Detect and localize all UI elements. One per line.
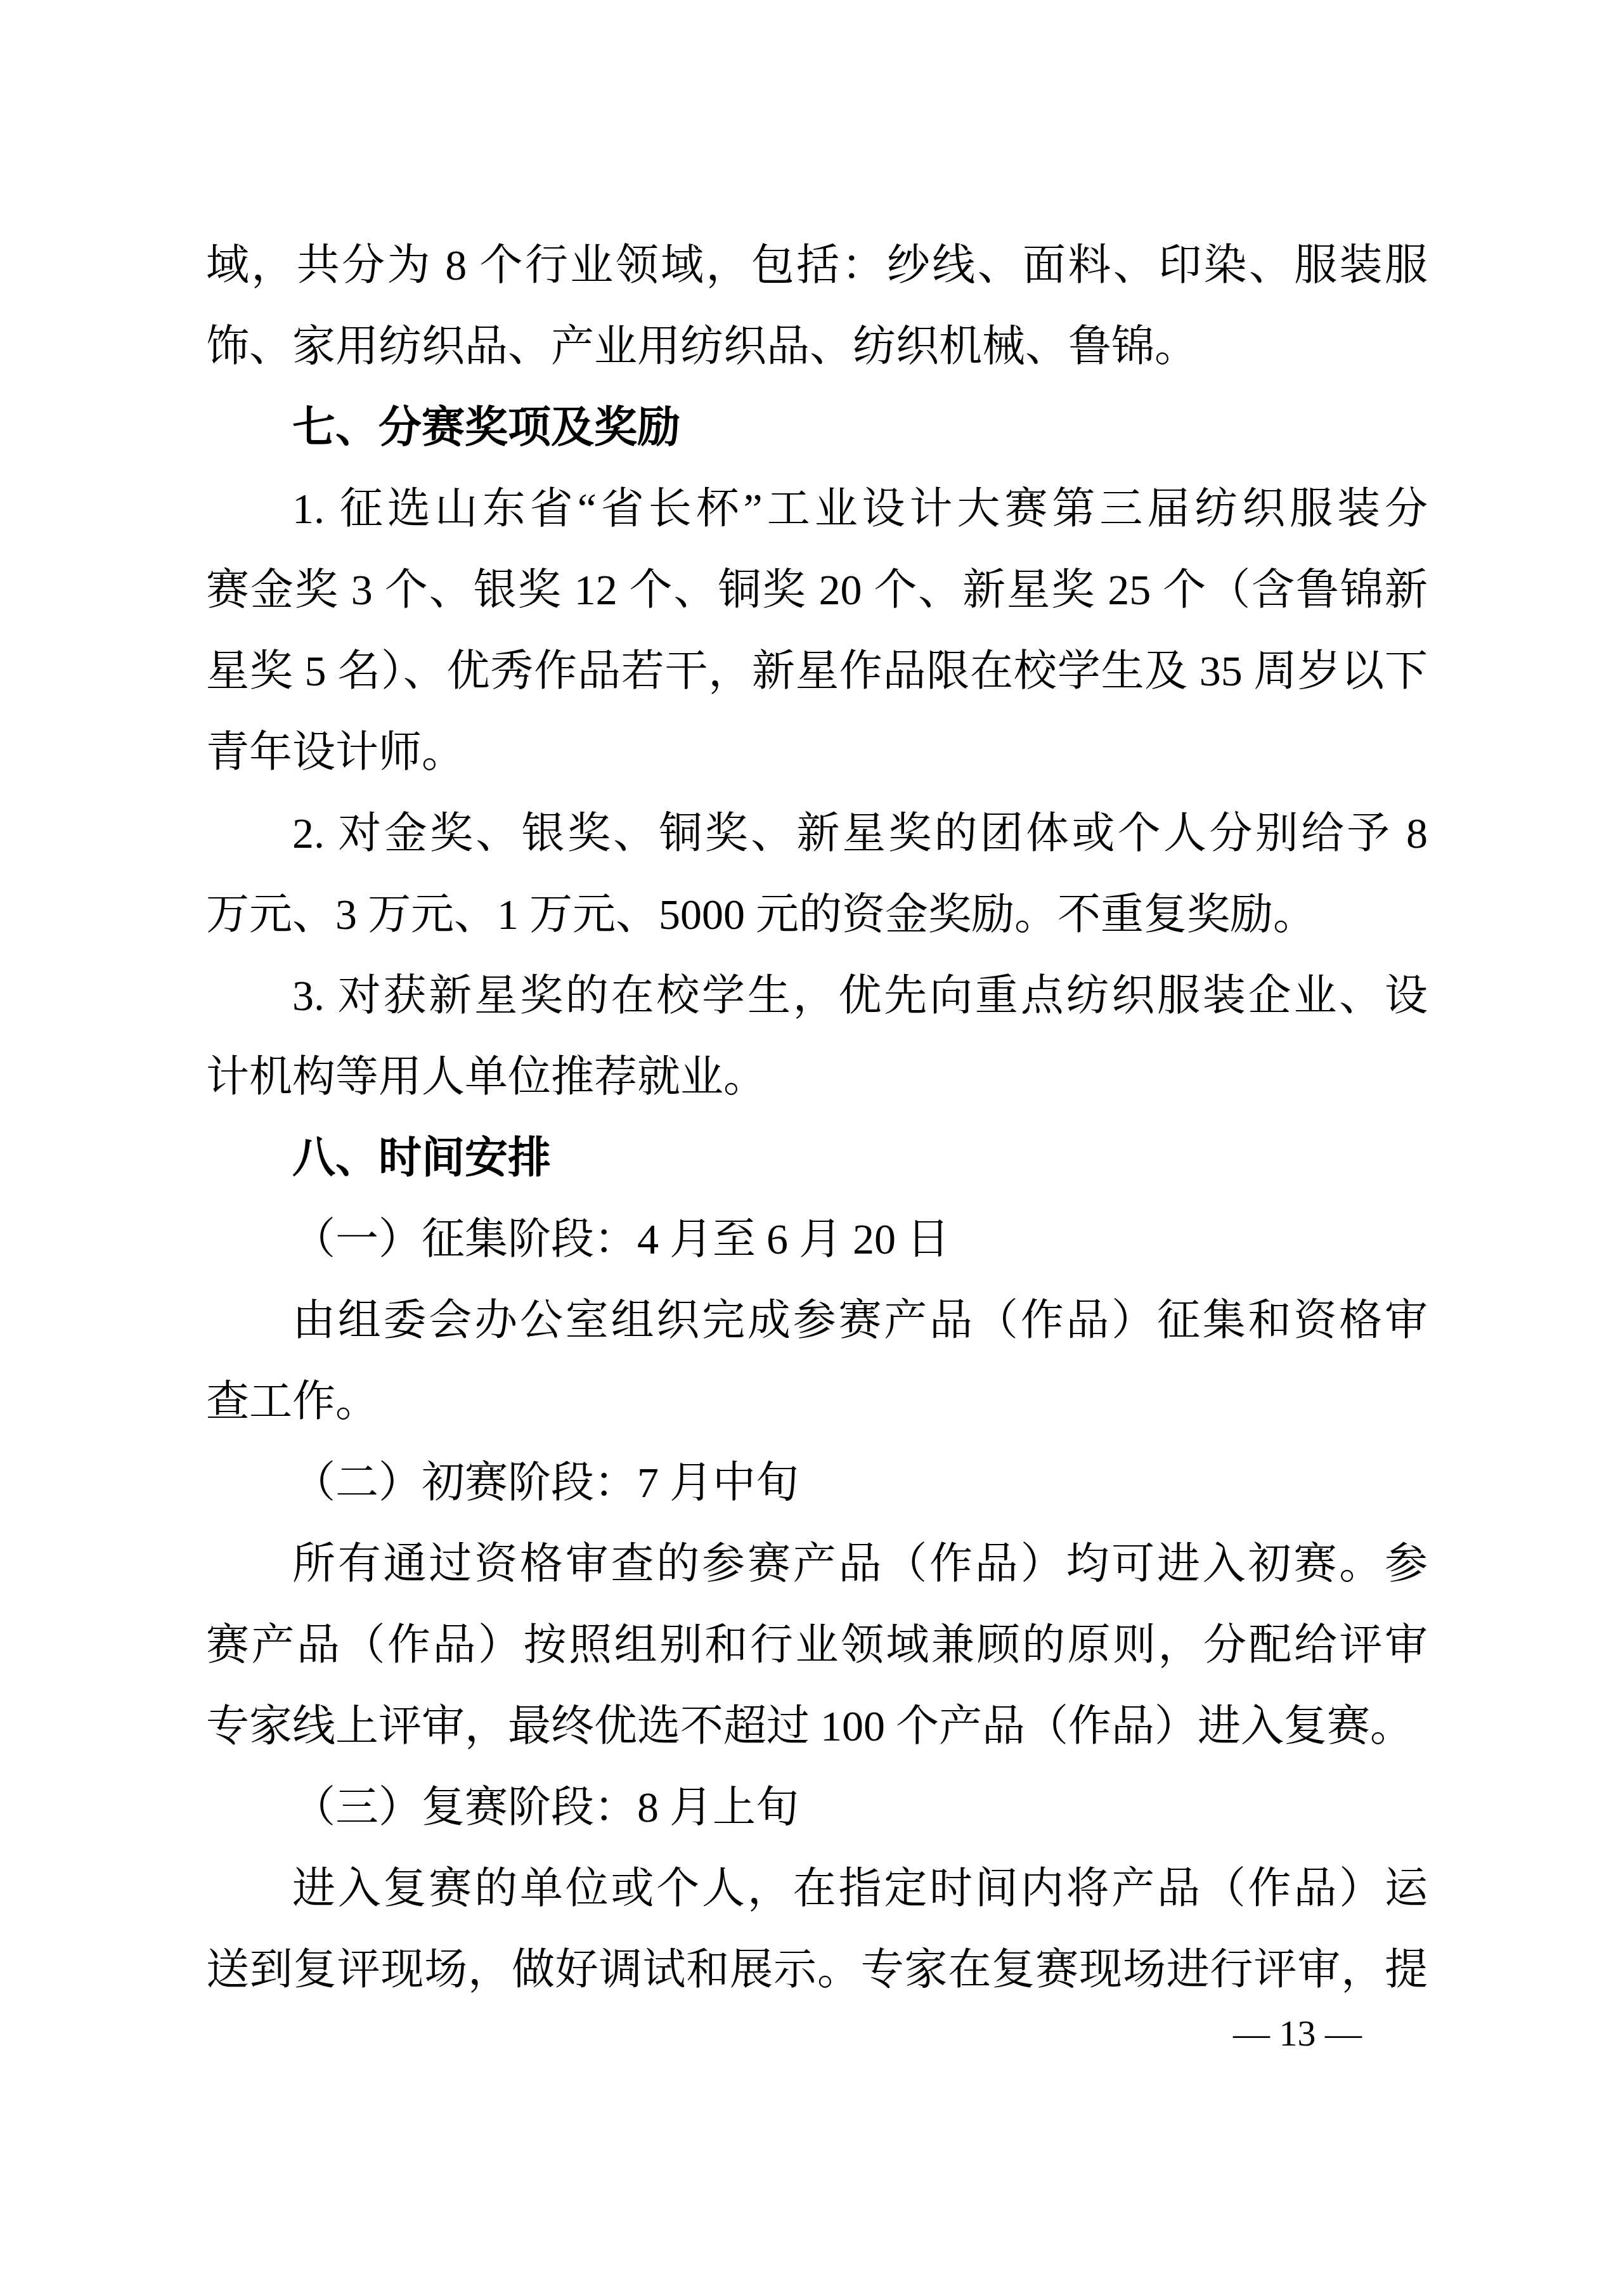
text-line-body: 青年设计师。: [206, 711, 1428, 793]
text-line-body: 2. 对金奖、银奖、铜奖、新星奖的团体或个人分别给予 8: [206, 793, 1428, 874]
text-line-body: 万元、3 万元、1 万元、5000 元的资金奖励。不重复奖励。: [206, 874, 1428, 955]
text-line-body: 进入复赛的单位或个人，在指定时间内将产品（作品）运: [206, 1848, 1428, 1929]
text-line-body: 3. 对获新星奖的在校学生，优先向重点纺织服装企业、设: [206, 955, 1428, 1036]
document-page: 域，共分为 8 个行业领域，包括：纱线、面料、印染、服装服饰、家用纺织品、产业用…: [0, 0, 1623, 2296]
text-line-body: 星奖 5 名）、优秀作品若干，新星作品限在校学生及 35 周岁以下: [206, 630, 1428, 711]
text-line-heading: 七、分赛奖项及奖励: [206, 387, 1428, 468]
text-line-heading: 八、时间安排: [206, 1117, 1428, 1198]
text-line-body: 饰、家用纺织品、产业用纺织品、纺织机械、鲁锦。: [206, 306, 1428, 387]
text-line-body: 送到复评现场，做好调试和展示。专家在复赛现场进行评审，提: [206, 1929, 1428, 2010]
text-line-body: 所有通过资格审查的参赛产品（作品）均可进入初赛。参: [206, 1523, 1428, 1604]
text-line-body: 赛产品（作品）按照组别和行业领域兼顾的原则，分配给评审: [206, 1604, 1428, 1685]
text-block: 域，共分为 8 个行业领域，包括：纱线、面料、印染、服装服饰、家用纺织品、产业用…: [206, 224, 1428, 2010]
text-line-body: 计机构等用人单位推荐就业。: [206, 1036, 1428, 1117]
text-line-subheading: （二）初赛阶段：7 月中旬: [206, 1442, 1428, 1523]
text-line-body: 查工作。: [206, 1361, 1428, 1442]
page-number: — 13 —: [1233, 2011, 1362, 2056]
text-line-body: 赛金奖 3 个、银奖 12 个、铜奖 20 个、新星奖 25 个（含鲁锦新: [206, 549, 1428, 630]
text-line-body: 由组委会办公室组织完成参赛产品（作品）征集和资格审: [206, 1280, 1428, 1361]
text-line-body: 专家线上评审，最终优选不超过 100 个产品（作品）进入复赛。: [206, 1685, 1428, 1767]
text-line-body: 域，共分为 8 个行业领域，包括：纱线、面料、印染、服装服: [206, 224, 1428, 306]
text-line-body: 1. 征选山东省“省长杯”工业设计大赛第三届纺织服装分: [206, 468, 1428, 549]
text-line-subheading: （三）复赛阶段：8 月上旬: [206, 1767, 1428, 1848]
text-line-subheading: （一）征集阶段：4 月至 6 月 20 日: [206, 1198, 1428, 1280]
